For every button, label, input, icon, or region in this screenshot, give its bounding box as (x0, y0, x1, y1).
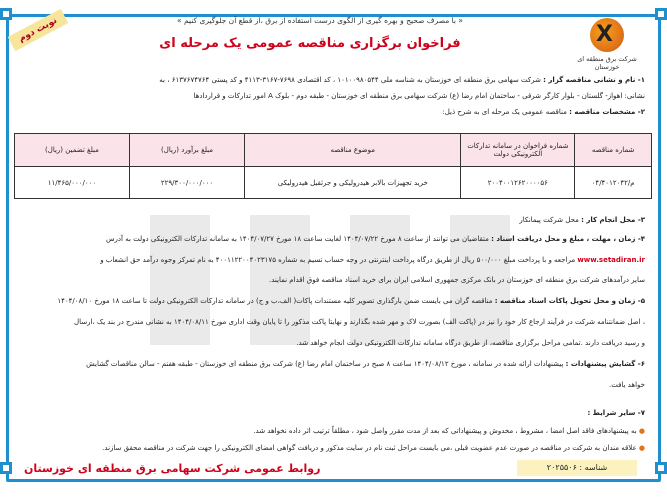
section-4-label: ۴- زمان ، مهلت ، مبلغ و محل دریافت اسناد… (491, 235, 645, 243)
tender-table: شماره مناقصه شماره فراخوان در سامانه تدا… (14, 133, 652, 199)
section-5-text: مناقصه گران می بایست ضمن بارگذاری تصویر … (57, 297, 492, 305)
footer-signature: روابط عمومی شرکت سهامی برق منطقه ای خوزس… (24, 462, 320, 475)
col-tender-number: شماره مناقصه (575, 134, 652, 167)
cell-estimate: ۲۲۹/۳۰۰/۰۰۰/۰۰۰ (129, 167, 244, 199)
section-2: ۲- مشخصات مناقصه : مناقصه عمومی یک مرحله… (442, 107, 645, 117)
section-7-bullet: ● به پیشنهادهای فاقد اصل امضا ، مشروط ، … (253, 426, 645, 436)
section-5-line-b: ، اصل ضمانتنامه شرکت در فرآیند ارجاع کار… (74, 317, 645, 327)
section-1-line-b: نشانی: اهواز- گلستان - بلوار کارگر شرقی … (194, 91, 645, 101)
section-2-text: مناقصه عمومی یک مرحله ای به شرح ذیل: (442, 108, 566, 116)
section-3: ۳- محل انجام کار : محل شرکت پیمانکار (519, 215, 645, 225)
section-1-label: ۱- نام و نشانی مناقصه گزار : (543, 76, 645, 84)
section-1-address: نشانی: اهواز- گلستان - بلوار کارگر شرقی … (194, 92, 645, 100)
cell-call-number: ۲۰۰۴۰۰۱۲۶۲۰۰۰۰۵۶ (461, 167, 575, 199)
table-row: م/۰۴/۴۰۱۲۰۴۲ ۲۰۰۴۰۰۱۲۶۲۰۰۰۰۵۶ خرید تجهیز… (15, 167, 652, 199)
section-4-line-b: www.setadiran.ir مراجعه و با پرداخت مبلغ… (100, 255, 645, 265)
bullet-icon: ● (639, 444, 645, 452)
cell-subject: خرید تجهیزات بالابر هیدرولیکی و جرثقیل ه… (245, 167, 461, 199)
col-subject: موضوع مناقصه (245, 134, 461, 167)
cell-tender-number: م/۰۴/۴۰۱۲۰۴۲ (575, 167, 652, 199)
notice-id: شناسه : ۲۰۲۵۵۰۶ (517, 460, 637, 476)
setadiran-link[interactable]: www.setadiran.ir (577, 256, 645, 264)
section-5-line-c: و رسید دریافت دارند .تمامی مراحل برگزاری… (296, 338, 645, 348)
section-7: ۷- سایر شرایط : (587, 408, 645, 418)
section-4-line-c: سایر درآمدهای شرکت برق منطقه ای خوزستان … (269, 275, 645, 285)
section-6-text: پیشنهادات ارائه شده در سامانه ، مورخ ۱۴۰… (86, 360, 563, 368)
company-logo: X شرکت برق منطقه ای خوزستان (567, 18, 647, 71)
table-header-row: شماره مناقصه شماره فراخوان در سامانه تدا… (15, 134, 652, 167)
section-3-label: ۳- محل انجام کار : (581, 216, 645, 224)
frame-corner (655, 462, 667, 474)
slogan: « با مصرف صحیح و بهره گیری از الگوی درست… (140, 16, 500, 25)
bullet-text: علاقه مندان به شرکت در مناقصه در صورت عد… (102, 444, 636, 452)
col-call-number: شماره فراخوان در سامانه تدارکات الکترونی… (461, 134, 575, 167)
col-guarantee: مبلغ تضمین (ریال) (15, 134, 130, 167)
section-4-payment: مراجعه و با پرداخت مبلغ ۵۰۰/۰۰۰ ریال از … (100, 256, 575, 264)
col-estimate: مبلغ برآورد (ریال) (129, 134, 244, 167)
section-5-text-c: و رسید دریافت دارند .تمامی مراحل برگزاری… (296, 339, 645, 347)
frame-corner (655, 8, 667, 20)
section-4-text-c: سایر درآمدهای شرکت برق منطقه ای خوزستان … (269, 276, 645, 284)
cell-guarantee: ۱۱/۴۶۵/۰۰۰/۰۰۰ (15, 167, 130, 199)
section-6-label: ۶- گشایش پیشنهادات : (566, 360, 645, 368)
section-1-text: شرکت سهامی برق منطقه ای خوزستان به شناسه… (159, 76, 541, 84)
section-4-text: متقاضیان می توانند از ساعت ۸ مورخ ۱۴۰۴/۰… (106, 235, 489, 243)
section-5-line-a: ۵- زمان و محل تحویل پاکات اسناد مناقصه :… (57, 296, 645, 306)
section-4-line-a: ۴- زمان ، مهلت ، مبلغ و محل دریافت اسناد… (106, 234, 645, 244)
section-5-label: ۵- زمان و محل تحویل پاکات اسناد مناقصه : (495, 297, 645, 305)
bullet-text: به پیشنهادهای فاقد اصل امضا ، مشروط ، مخ… (253, 427, 636, 435)
section-6-line-a: ۶- گشایش پیشنهادات : پیشنهادات ارائه شده… (86, 359, 645, 369)
company-name: شرکت برق منطقه ای خوزستان (567, 55, 647, 71)
frame-corner (0, 8, 12, 20)
section-6-line-b: خواهد یافت. (609, 380, 645, 390)
section-7-label: ۷- سایر شرایط : (587, 409, 645, 417)
section-7-bullet: ● علاقه مندان به شرکت در مناقصه در صورت … (102, 443, 645, 453)
section-5-text-b: ، اصل ضمانتنامه شرکت در فرآیند ارجاع کار… (74, 318, 645, 326)
frame-corner (0, 462, 12, 474)
page-title: فراخوان برگزاری مناقصه عمومی یک مرحله ای (130, 36, 490, 51)
section-6-text-b: خواهد یافت. (609, 381, 645, 389)
section-2-label: ۲- مشخصات مناقصه : (569, 108, 645, 116)
section-1-line-a: ۱- نام و نشانی مناقصه گزار : شرکت سهامی … (159, 75, 645, 85)
section-3-text: محل شرکت پیمانکار (519, 216, 579, 224)
logo-icon: X (590, 18, 624, 52)
bullet-icon: ● (639, 427, 645, 435)
